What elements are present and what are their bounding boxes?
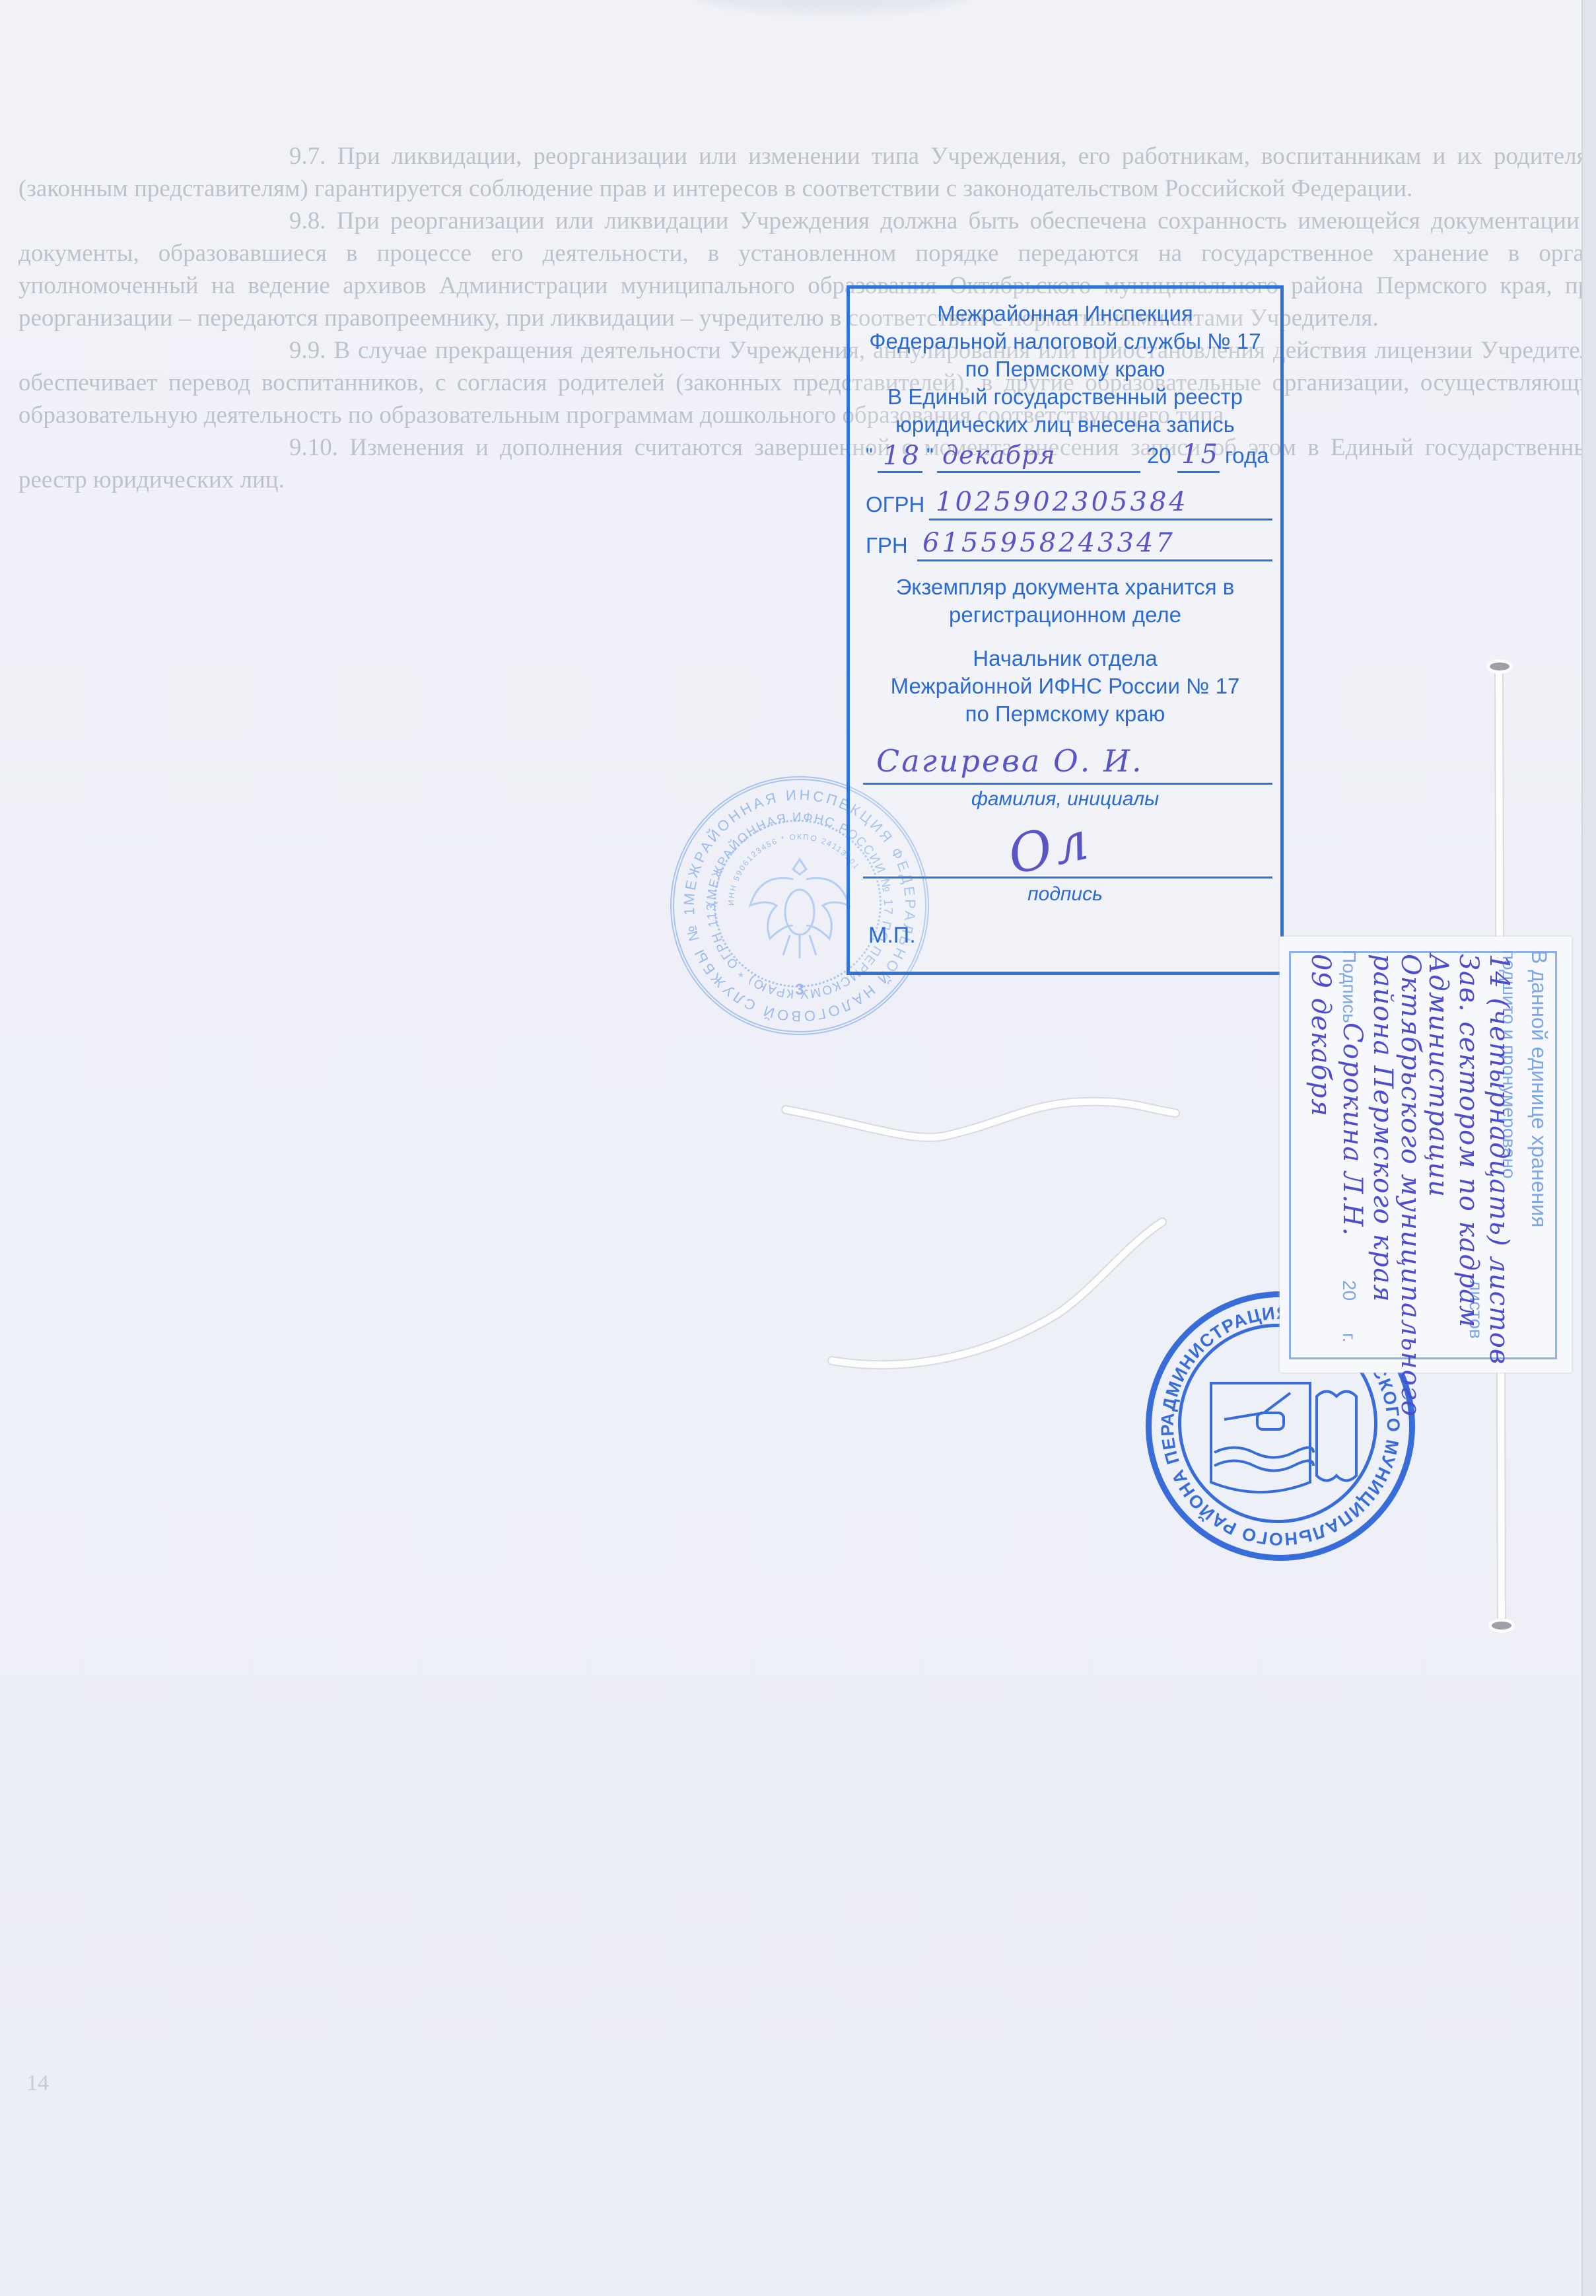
stamp-line-entry: юридических лиц внесена запись	[850, 412, 1280, 438]
stamp-line-region: по Пермскому краю	[850, 356, 1280, 382]
page-edge	[1581, 0, 1596, 2296]
document-page: 9.7. При ликвидации, реорганизации или и…	[0, 0, 1581, 2296]
ogrn-row: ОГРН 1025902305384	[863, 487, 1272, 524]
svg-text:3: 3	[795, 981, 804, 999]
eagle-emblem-icon	[750, 859, 849, 958]
binding-certification-label: В данной единице хранения подшито и прон…	[1280, 937, 1572, 1373]
label-handwritten-name: Сорокина Л.Н.	[1337, 1022, 1368, 1237]
label-handwritten-date: 09 декабря	[1305, 954, 1336, 1117]
stamp-line-service: Федеральной налоговой службы № 17	[850, 328, 1280, 355]
page-number: 14	[26, 2071, 49, 2096]
bleed-through-text: 9.7. При ликвидации, реорганизации или и…	[18, 140, 1596, 496]
signer-name: Сагирева О. И.	[876, 743, 1144, 779]
paragraph-9-9: 9.9. В случае прекращения деятельности У…	[18, 334, 1596, 431]
paragraph-9-7: 9.7. При ликвидации, реорганизации или и…	[18, 140, 1596, 205]
signature: Ол	[1003, 809, 1096, 886]
stamp-official-region: по Пермскому краю	[850, 701, 1280, 727]
egrul-registration-stamp: Межрайонная Инспекция Федеральной налого…	[847, 285, 1284, 975]
stamp-official-org: Межрайонной ИФНС России № 17	[850, 673, 1280, 700]
paragraph-9-8: 9.8. При реорганизации или ликвидации Уч…	[18, 205, 1596, 334]
label-printed-title: В данной единице хранения	[1527, 950, 1551, 1227]
stamp-line-inspection: Межрайонная Инспекция	[850, 301, 1280, 327]
paragraph-9-10: 9.10. Изменения и дополнения считаются з…	[18, 431, 1596, 496]
grn-value: 6155958243347	[922, 528, 1175, 558]
seal-place-label: М.П.	[868, 923, 916, 949]
top-shadow	[693, 0, 971, 13]
date-year: 15	[1181, 439, 1220, 470]
coat-of-arms-icon	[1211, 1383, 1356, 1492]
stamp-official-title: Начальник отдела	[850, 645, 1280, 672]
stamp-copy-note-2: регистрационном деле	[850, 602, 1280, 628]
date-month: декабря	[942, 441, 1056, 470]
label-handwritten-sheets: 14 (четырнадцать) листов	[1484, 954, 1514, 1365]
grn-row: ГРН 6155958243347	[863, 528, 1272, 565]
signature-caption: подпись	[850, 883, 1280, 906]
stamp-date-row: " 18 " декабря 20 15 года	[863, 442, 1272, 475]
label-printed-year: 20	[1338, 1280, 1360, 1301]
name-caption: фамилия, инициалы	[850, 788, 1280, 810]
label-printed-signature: Подпись	[1338, 950, 1360, 1023]
ogrn-value: 1025902305384	[936, 487, 1189, 517]
date-day: 18	[883, 441, 922, 471]
stamp-line-registry: В Единый государственный реестр	[850, 384, 1280, 410]
binding-hole-bottom	[1492, 1622, 1511, 1630]
binding-hole-top	[1490, 663, 1509, 670]
stamp-copy-note-1: Экземпляр документа хранится в	[850, 574, 1280, 600]
